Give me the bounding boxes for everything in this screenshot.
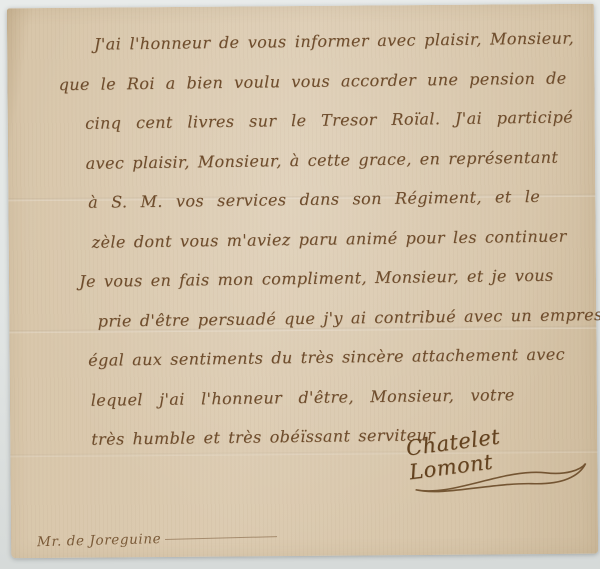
- letter-line: très humble et très obéïssant serviteur: [91, 415, 427, 459]
- letter-line: égal aux sentiments du très sincère atta…: [88, 335, 546, 380]
- letter-line: prie d'être persuadé que j'y ai contribu…: [97, 295, 581, 341]
- letter-line: J'ai l'honneur de vous informer avec pla…: [94, 18, 574, 64]
- recipient-note-text: Mr. de Joreguine: [37, 531, 162, 550]
- letter-paper: J'ai l'honneur de vous informer avec pla…: [7, 4, 598, 559]
- letter-line: lequel j'ai l'honneur d'être, Monsieur, …: [91, 375, 515, 420]
- recipient-note: Mr. de Joreguine: [37, 528, 278, 550]
- letter-line: avec plaisir, Monsieur, à cette grace, e…: [85, 137, 555, 183]
- letter-line: cinq cent livres sur le Tresor Roïal. J'…: [85, 97, 573, 143]
- letter-body: J'ai l'honneur de vous informer avec pla…: [6, 18, 599, 460]
- recipient-flourish: [165, 535, 277, 540]
- photo-background: J'ai l'honneur de vous informer avec pla…: [0, 0, 600, 569]
- letter-line: zèle dont vous m'aviez paru animé pour l…: [91, 216, 546, 261]
- letter-line: que le Roi a bien voulu vous accorder un…: [58, 58, 566, 104]
- letter-line: Je vous en fais mon compliment, Monsieur…: [79, 256, 547, 302]
- letter-line: à S. M. vos services dans son Régiment, …: [88, 177, 540, 222]
